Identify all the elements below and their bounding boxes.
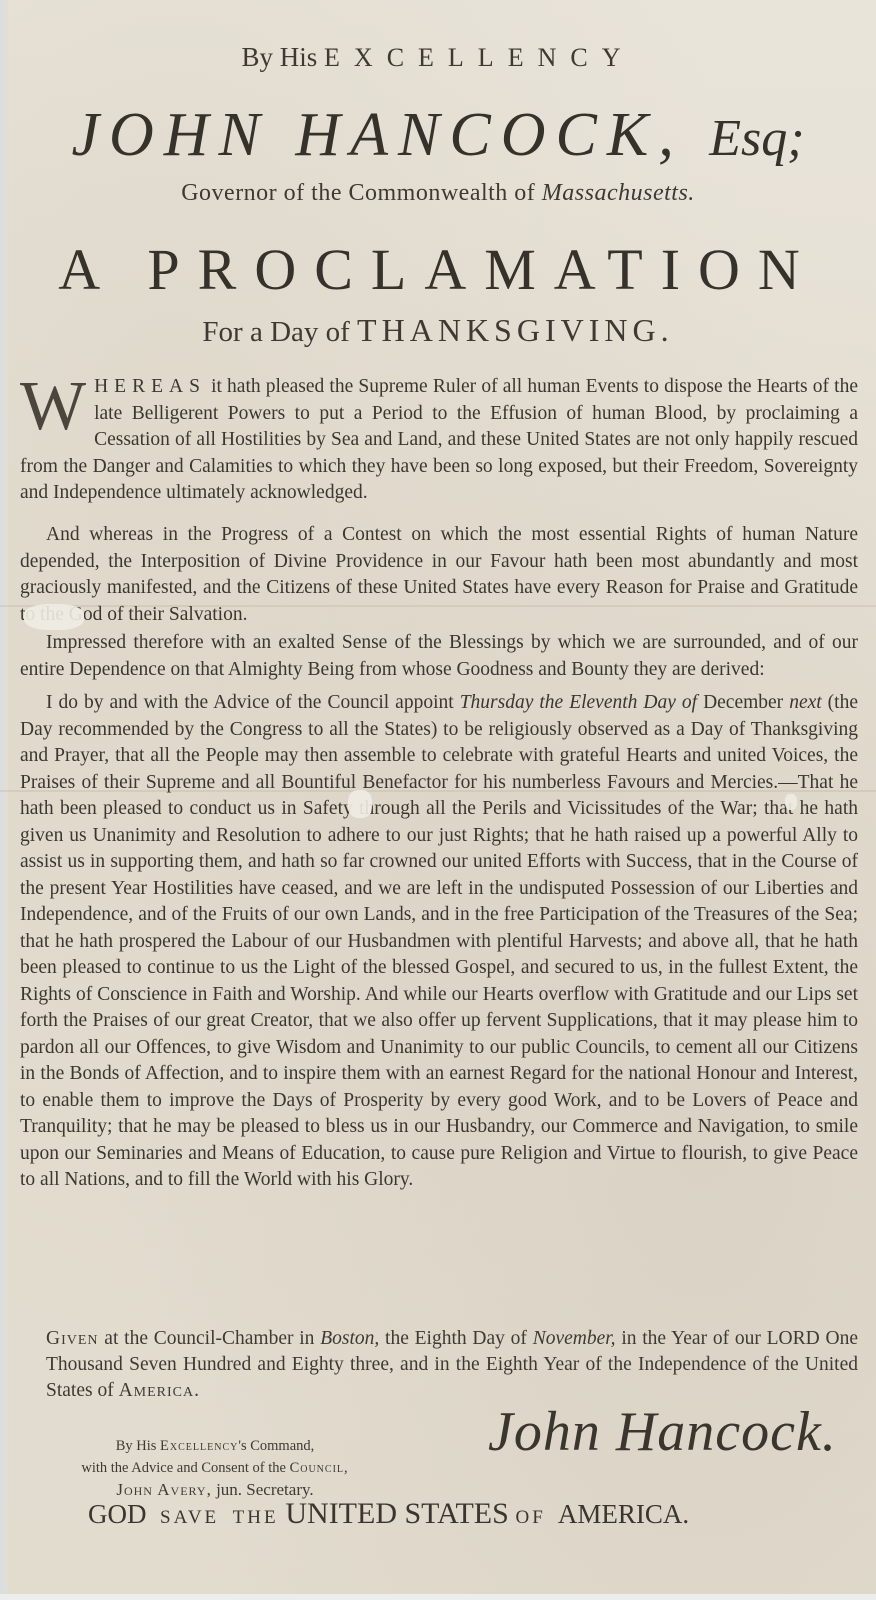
paper-damage: [348, 790, 372, 818]
paragraph-impressed: Impressed therefore with an exalted Sens…: [20, 630, 858, 683]
paragraph-appointment: I do by and with the Advice of the Counc…: [20, 690, 858, 1194]
governor-title: Governor of the Commonwealth of Massachu…: [0, 180, 876, 207]
paragraph-whereas: WHEREAS it hath pleased the Supreme Rule…: [20, 374, 858, 507]
drop-cap: W: [20, 378, 86, 436]
by-his-excellency: By His EXCELLENCY: [0, 42, 876, 73]
subtitle: For a Day of THANKSGIVING.: [0, 312, 876, 349]
secretary-attestation: By His Excellency's Command, with the Ad…: [50, 1435, 380, 1501]
governor-name: JOHN HANCOCK, Esq;: [0, 100, 876, 171]
closing-line: GOD SAVE THE UNITED STATES OF AMERICA.: [88, 1497, 689, 1531]
state-name: Massachusetts.: [542, 180, 695, 206]
command-line-1: By His Excellency's Command,: [50, 1435, 380, 1457]
paper-damage: [785, 794, 797, 810]
proclamation-sheet: By His EXCELLENCY JOHN HANCOCK, Esq; Gov…: [0, 0, 876, 1600]
given-clause: Given at the Council-Chamber in Boston, …: [46, 1326, 858, 1404]
paragraph-and-whereas: And whereas in the Progress of a Contest…: [20, 522, 858, 628]
paper-damage: [24, 604, 84, 630]
paper-bottom-edge: [0, 1594, 876, 1600]
signature: John Hancock.: [488, 1400, 837, 1464]
excellency-word: EXCELLENCY: [324, 43, 634, 72]
command-line-2: with the Advice and Consent of the Counc…: [50, 1457, 380, 1479]
page-title: A PROCLAMATION: [0, 236, 876, 303]
